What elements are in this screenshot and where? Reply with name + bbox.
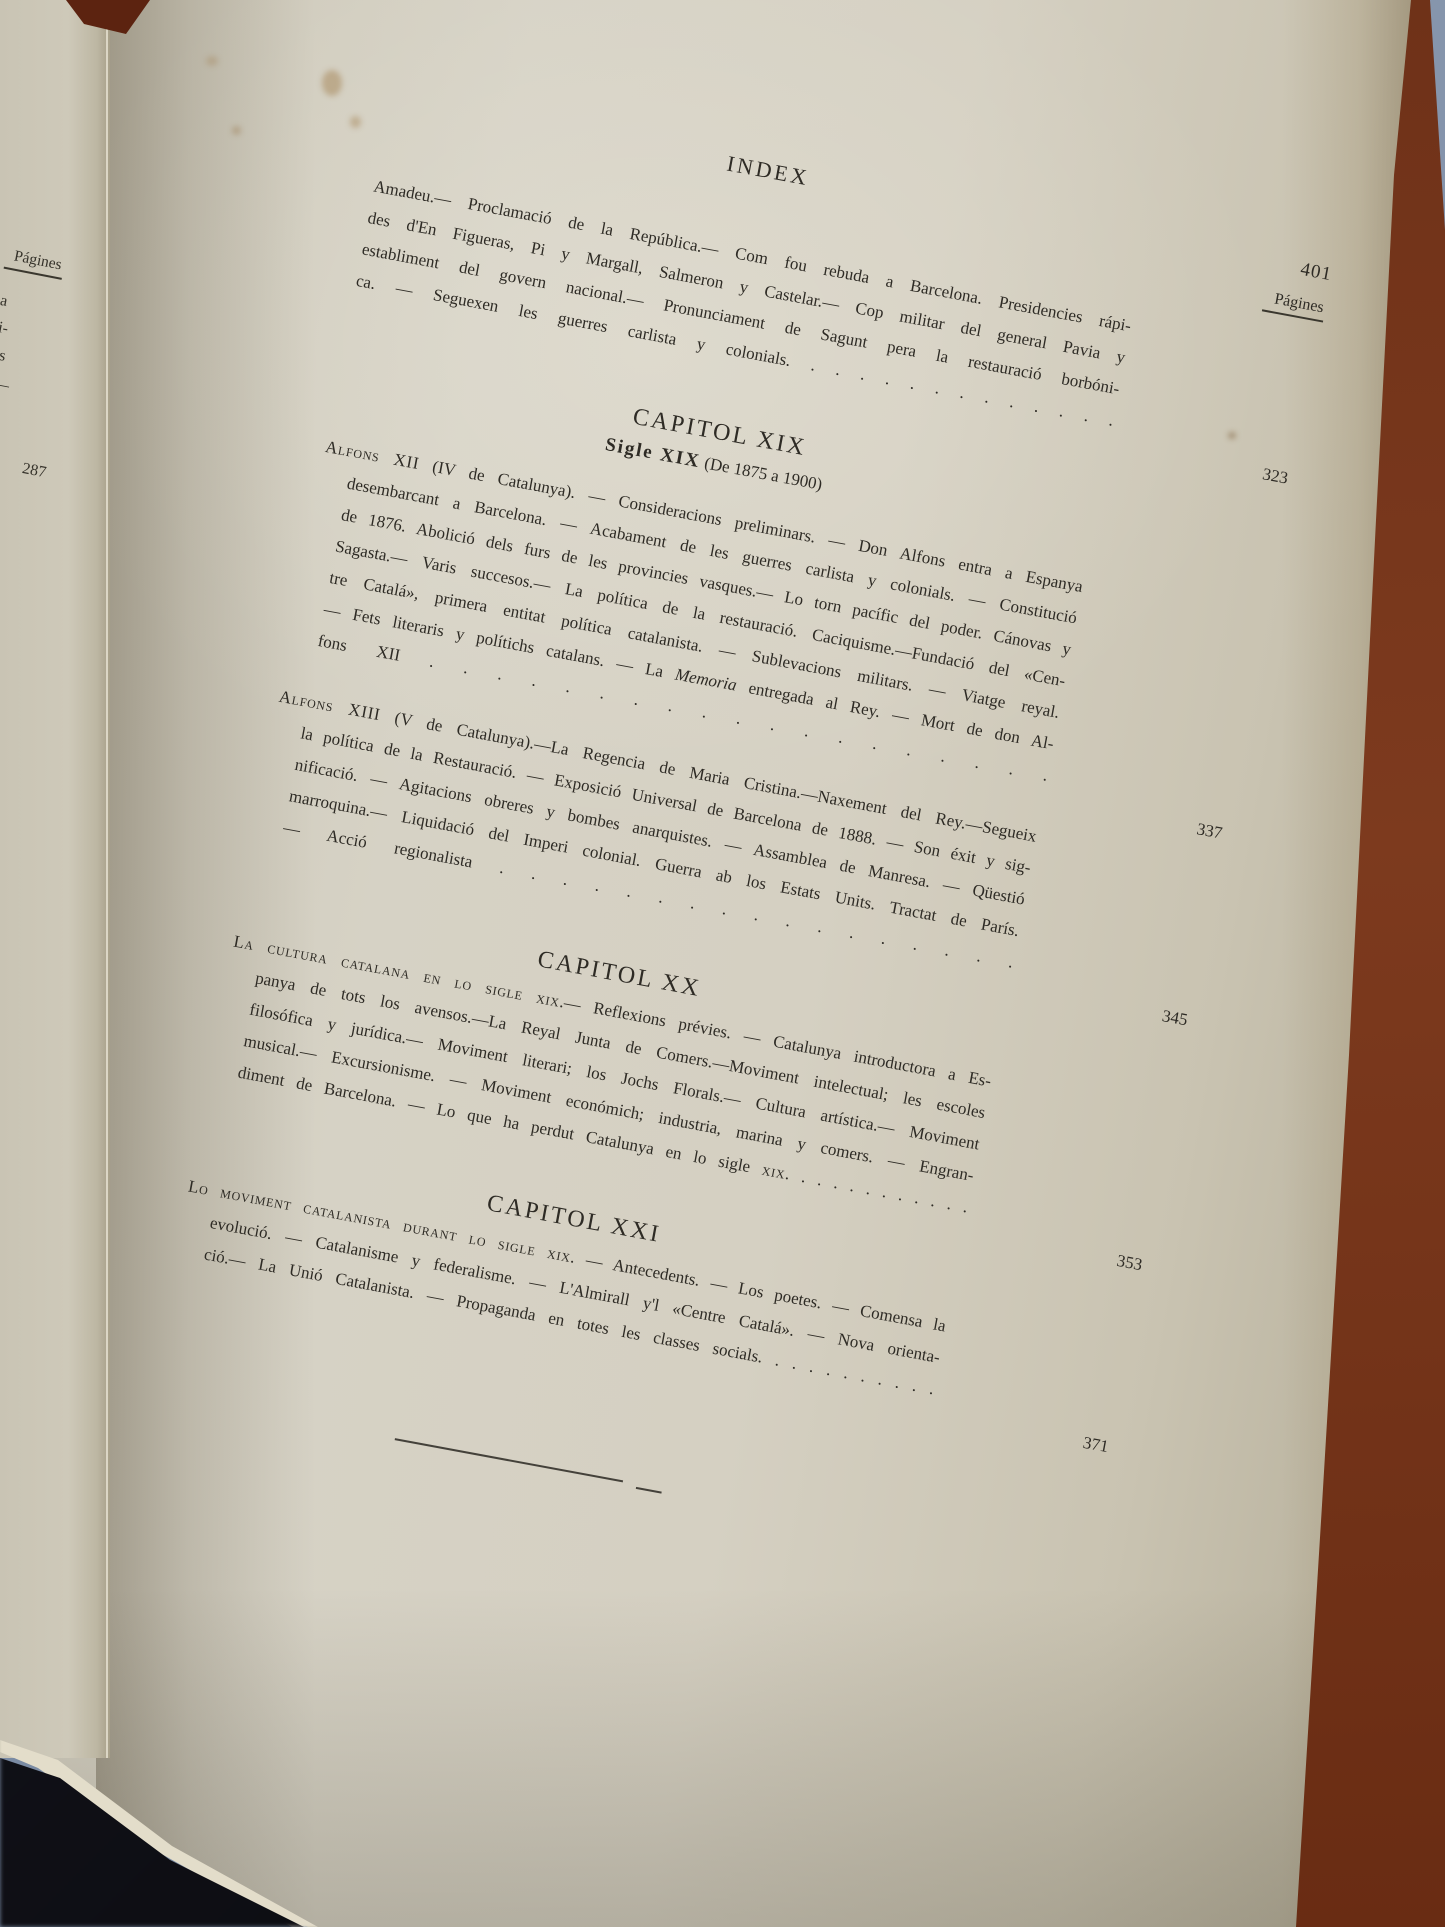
italic-word: Memoria bbox=[674, 665, 739, 695]
foxing-stain bbox=[232, 126, 241, 135]
end-rule-line bbox=[395, 1438, 623, 1482]
pagines-column-label: Págines bbox=[1262, 289, 1327, 323]
end-rule-dash bbox=[636, 1487, 662, 1494]
foxing-stain bbox=[206, 56, 218, 66]
left-line-fragment: s bbox=[0, 347, 7, 366]
index-page: 401 Págines INDEXAmadeu.— Proclamació de… bbox=[0, 0, 1445, 1927]
entry-lead: xix bbox=[761, 1160, 788, 1183]
left-line-fragment: — bbox=[0, 375, 11, 396]
foxing-stain bbox=[350, 116, 361, 128]
left-line-fragment: a bbox=[0, 292, 9, 311]
left-line-fragment: i- bbox=[0, 319, 10, 339]
left-page-number: 287 bbox=[21, 460, 48, 482]
foxing-stain bbox=[322, 70, 342, 96]
previous-page-edge: Págines a i- s — 287 bbox=[0, 0, 110, 1758]
left-pagines-label: Págines bbox=[4, 246, 67, 280]
book-photo: 401 Págines INDEXAmadeu.— Proclamació de… bbox=[0, 0, 1445, 1927]
foxing-stain bbox=[1228, 432, 1236, 439]
